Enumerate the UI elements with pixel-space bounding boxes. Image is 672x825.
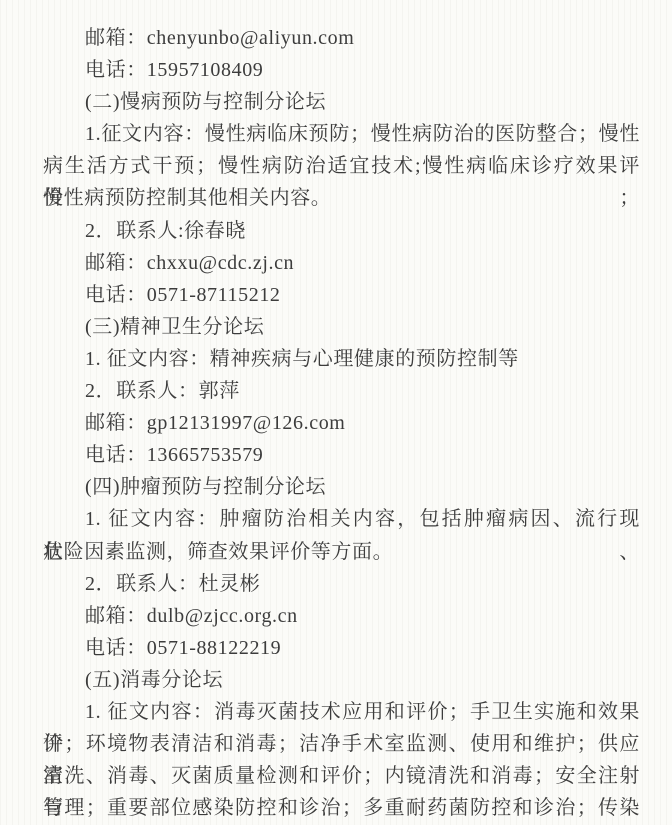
- text-line: 电话：13665753579: [43, 439, 640, 471]
- text-line: 邮箱：chxxu@cdc.zj.cn: [43, 247, 640, 279]
- text-line: 2．联系人：杜灵彬: [43, 568, 640, 600]
- text-line: 1.征文内容：慢性病临床预防；慢性病防治的医防整合；慢性: [43, 118, 640, 150]
- text-line: 2．联系人：郭萍: [43, 375, 640, 407]
- text-line: 病生活方式干预；慢性病防治适宜技术;慢性病临床诊疗效果评价；: [43, 150, 640, 182]
- text-line: 电话：0571-88122219: [43, 632, 640, 664]
- text-line: (二)慢病预防与控制分论坛: [43, 86, 640, 118]
- text-line: 电话：15957108409: [43, 54, 640, 86]
- text-line: (四)肿瘤预防与控制分论坛: [43, 471, 640, 503]
- text-line: 价；环境物表清洁和消毒；洁净手术室监测、使用和维护；供应室: [43, 728, 640, 760]
- document-body: 邮箱：chenyunbo@aliyun.com电话：15957108409(二)…: [43, 22, 640, 824]
- text-line: (五)消毒分论坛: [43, 664, 640, 696]
- text-line: 2．联系人:徐春晓: [43, 215, 640, 247]
- document-page: 邮箱：chenyunbo@aliyun.com电话：15957108409(二)…: [0, 0, 672, 825]
- text-line: 邮箱：gp12131997@126.com: [43, 407, 640, 439]
- text-line: 邮箱：dulb@zjcc.org.cn: [43, 600, 640, 632]
- text-line: 清洗、消毒、灭菌质量检测和评价；内镜清洗和消毒；安全注射与: [43, 760, 640, 792]
- text-line: 电话：0571-87115212: [43, 279, 640, 311]
- text-line: (三)精神卫生分论坛: [43, 311, 640, 343]
- text-line: 邮箱：chenyunbo@aliyun.com: [43, 22, 640, 54]
- text-line: 1. 征文内容：消毒灭菌技术应用和评价；手卫生实施和效果评: [43, 696, 640, 728]
- text-line: 1. 征文内容：肿瘤防治相关内容，包括肿瘤病因、流行现状、: [43, 503, 640, 535]
- text-line: 管理；重要部位感染防控和诊治；多重耐药菌防控和诊治；传染病: [43, 792, 640, 824]
- text-line: 1. 征文内容：精神疾病与心理健康的预防控制等: [43, 343, 640, 375]
